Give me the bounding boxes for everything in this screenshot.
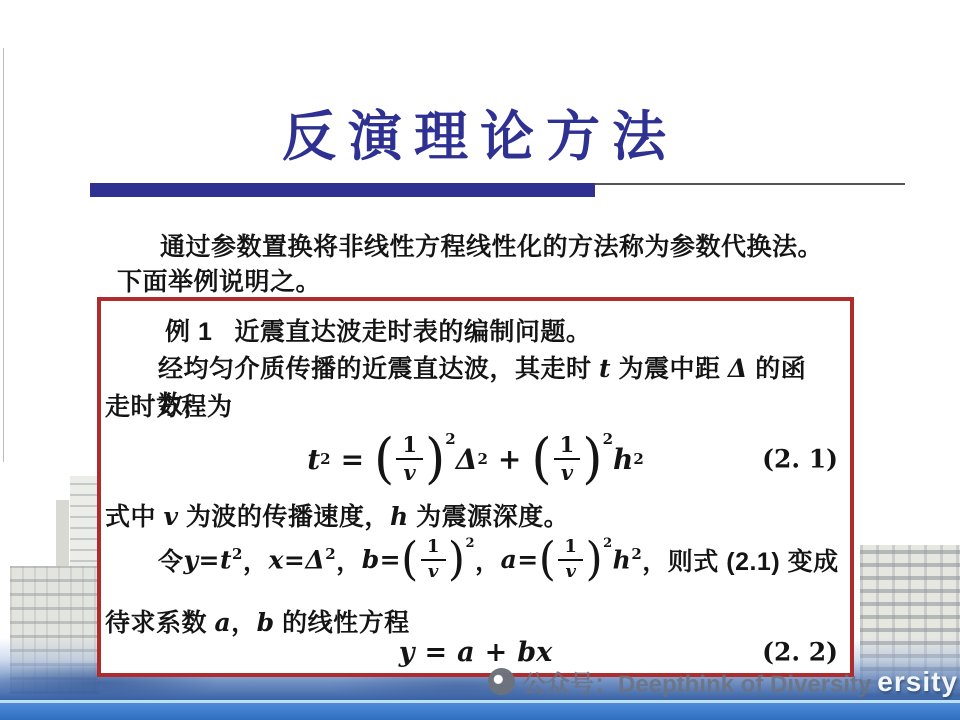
footer-blue-band: [0, 703, 960, 720]
expr-x-eq-delta2: x=Δ2: [269, 545, 337, 574]
equation-number-2-1: (2. 1): [762, 445, 838, 474]
var-t: t: [599, 354, 611, 383]
text-run: 为震源深度。: [409, 503, 569, 531]
var-delta: Δ: [456, 443, 478, 476]
paren-exponent: 2: [445, 430, 455, 448]
paren-exponent: 2: [603, 430, 613, 448]
superscript: 2: [633, 450, 643, 468]
var-b: b: [257, 608, 275, 637]
fraction-1-over-v: 1v: [421, 537, 446, 582]
text-run: h: [613, 545, 632, 574]
intro-line-1: 通过参数置换将非线性方程线性化的方法称为参数代换法。: [160, 227, 823, 263]
var-h: h: [613, 443, 633, 476]
numerator: 1: [558, 537, 583, 561]
var-a: a: [214, 608, 231, 637]
var-h: h2: [613, 545, 643, 574]
expr-y-eq-t2: y=t2: [184, 545, 243, 574]
intro-line-2: 下面举例说明之。: [117, 262, 321, 298]
example-box: 例 1近震直达波走时表的编制问题。 经均匀介质传播的近震直达波，其走时 t 为震…: [97, 297, 854, 677]
text-run: x=Δ: [269, 545, 326, 574]
plus-sign: +: [498, 443, 521, 476]
text-run: 为震中距: [611, 355, 728, 383]
text-run: 为波的传播速度，: [178, 503, 389, 531]
superscript: 2: [320, 450, 330, 468]
plus-sign: +: [485, 637, 508, 668]
var-t: t: [307, 443, 320, 476]
fraction-1-over-v: 1v: [554, 433, 581, 485]
denominator: v: [558, 561, 583, 583]
paragraph-3: 待求系数 a，b 的线性方程: [105, 603, 410, 639]
numerator: 1: [396, 433, 423, 460]
example-heading: 例 1近震直达波走时表的编制问题。: [165, 312, 591, 348]
text-run: y=t: [184, 545, 233, 574]
paren-exponent: 2: [603, 536, 613, 551]
superscript: 2: [477, 450, 487, 468]
comma: ，: [475, 542, 501, 578]
comma: ，: [642, 542, 668, 578]
fraction-1-over-v: 1v: [396, 433, 423, 485]
paragraph-1-line-1: 经均匀介质传播的近震直达波，其走时 t 为震中距 Δ 的函数，: [158, 349, 848, 421]
title-divider: [90, 183, 905, 197]
var-y: y: [399, 637, 415, 668]
equals-sign: =: [341, 443, 364, 476]
text-run: 经均匀介质传播的近震直达波，其走时: [158, 355, 599, 383]
var-x: x: [536, 637, 552, 668]
denominator: v: [421, 561, 446, 583]
slide: 反演理论方法 通过参数置换将非线性方程线性化的方法称为参数代换法。 下面举例说明…: [0, 0, 960, 720]
text-run: 的线性方程: [275, 609, 410, 637]
var-b: b: [517, 637, 536, 668]
superscript: 2: [325, 545, 336, 563]
superscript: 2: [232, 545, 243, 563]
expr-b-eq: b=: [362, 545, 401, 574]
equation-2-1: t2 = (1v)2 Δ2 + (1v)2 h2 (2. 1): [101, 427, 850, 491]
var-h: h: [390, 502, 409, 531]
equals-sign: =: [424, 637, 447, 668]
paren-exponent: 2: [466, 536, 476, 551]
text-run: 令: [158, 542, 184, 578]
fraction-1-over-v: 1v: [558, 537, 583, 582]
comma: ，: [243, 542, 269, 578]
text-run: 则式 (2.1) 变成: [668, 542, 839, 578]
divider-bar: [90, 183, 595, 197]
var-delta: Δ: [728, 354, 748, 383]
numerator: 1: [421, 537, 446, 561]
watermark: 公众号：Deepthink of Diversity: [488, 664, 871, 699]
comma: ，: [336, 542, 362, 578]
wechat-account-logo-icon: [488, 668, 515, 695]
paragraph-1-line-2: 走时方程为: [105, 387, 233, 423]
left-building-tower: [56, 500, 69, 570]
university-name-fragment: ersity: [877, 666, 958, 698]
watermark-text: 公众号：Deepthink of Diversity: [522, 664, 871, 699]
example-heading-text: 近震直达波走时表的编制问题。: [234, 318, 591, 346]
text-run: 式中: [105, 503, 163, 531]
numerator: 1: [554, 433, 581, 460]
superscript: 2: [631, 545, 642, 563]
denominator: v: [554, 460, 581, 485]
substitution-line: 令 y=t2， x=Δ2， b=(1v)2， a=(1v)2h2， 则式 (2.…: [158, 537, 848, 582]
paragraph-2: 式中 v 为波的传播速度，h 为震源深度。: [105, 497, 569, 533]
var-v: v: [163, 502, 178, 531]
text-run: 待求系数: [105, 609, 214, 637]
equation-number-2-2: (2. 2): [762, 638, 838, 667]
divider-line: [595, 183, 905, 185]
slide-title: 反演理论方法: [0, 94, 960, 171]
comma: ，: [231, 609, 257, 637]
denominator: v: [396, 460, 423, 485]
example-label: 例 1: [165, 318, 212, 346]
var-a: a: [457, 637, 475, 668]
expr-a-eq: a=: [501, 545, 539, 574]
